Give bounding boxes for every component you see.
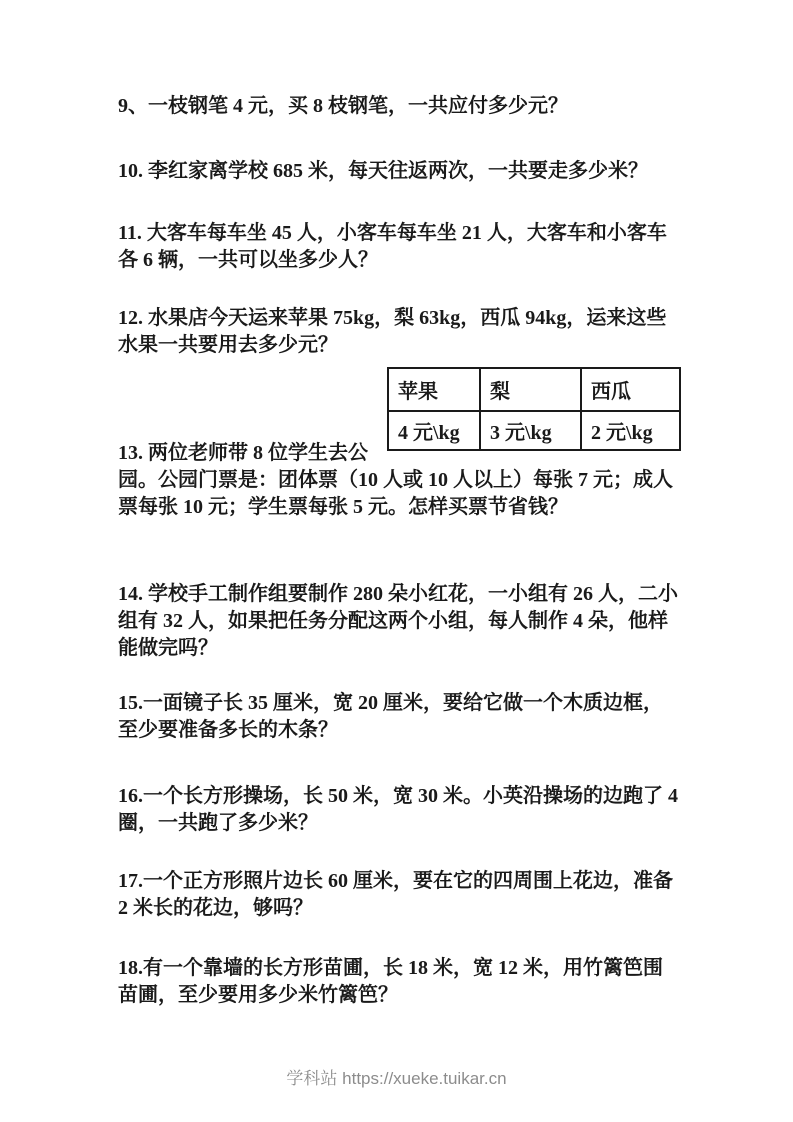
problem-10: 10. 李红家离学校 685 米，每天往返两次，一共要走多少米？ bbox=[118, 158, 681, 185]
footer-watermark: 学科站 https://xueke.tuikar.cn bbox=[0, 1064, 793, 1089]
problem-13: 13. 两位老师带 8 位学生去公园。公园门票是：团体票（10 人或 10 人以… bbox=[118, 440, 681, 521]
problem-14: 14. 学校手工制作组要制作 280 朵小红花，一小组有 26 人，二小组有 3… bbox=[118, 581, 681, 662]
problem-16: 16.一个长方形操场，长 50 米，宽 30 米。小英沿操场的边跑了 4 圈，一… bbox=[118, 783, 681, 837]
table-header-watermelon: 西瓜 bbox=[581, 368, 680, 411]
table-header-pear: 梨 bbox=[480, 368, 581, 411]
worksheet-page: 9、一枝钢笔 4 元，买 8 枝钢笔，一共应付多少元？ 10. 李红家离学校 6… bbox=[0, 0, 793, 1122]
table-price-watermelon: 2 元\kg bbox=[581, 411, 680, 450]
problem-11: 11. 大客车每车坐 45 人，小客车每车坐 21 人，大客车和小客车各 6 辆… bbox=[118, 220, 681, 274]
problem-17: 17.一个正方形照片边长 60 厘米，要在它的四周围上花边，准备 2 米长的花边… bbox=[118, 868, 681, 922]
table-price-pear: 3 元\kg bbox=[480, 411, 581, 450]
problem-15: 15.一面镜子长 35 厘米，宽 20 厘米，要给它做一个木质边框，至少要准备多… bbox=[118, 690, 681, 744]
fruit-price-table: 苹果 梨 西瓜 4 元\kg 3 元\kg 2 元\kg bbox=[387, 367, 681, 451]
table-header-apple: 苹果 bbox=[388, 368, 480, 411]
problem-12: 12. 水果店今天运来苹果 75kg，梨 63kg，西瓜 94kg，运来这些水果… bbox=[118, 305, 681, 359]
table-price-apple: 4 元\kg bbox=[388, 411, 480, 450]
worksheet-content: 9、一枝钢笔 4 元，买 8 枝钢笔，一共应付多少元？ 10. 李红家离学校 6… bbox=[0, 0, 793, 1009]
problem-9: 9、一枝钢笔 4 元，买 8 枝钢笔，一共应付多少元？ bbox=[118, 93, 681, 120]
problem-18: 18.有一个靠墙的长方形苗圃，长 18 米，宽 12 米，用竹篱笆围苗圃，至少要… bbox=[118, 955, 681, 1009]
